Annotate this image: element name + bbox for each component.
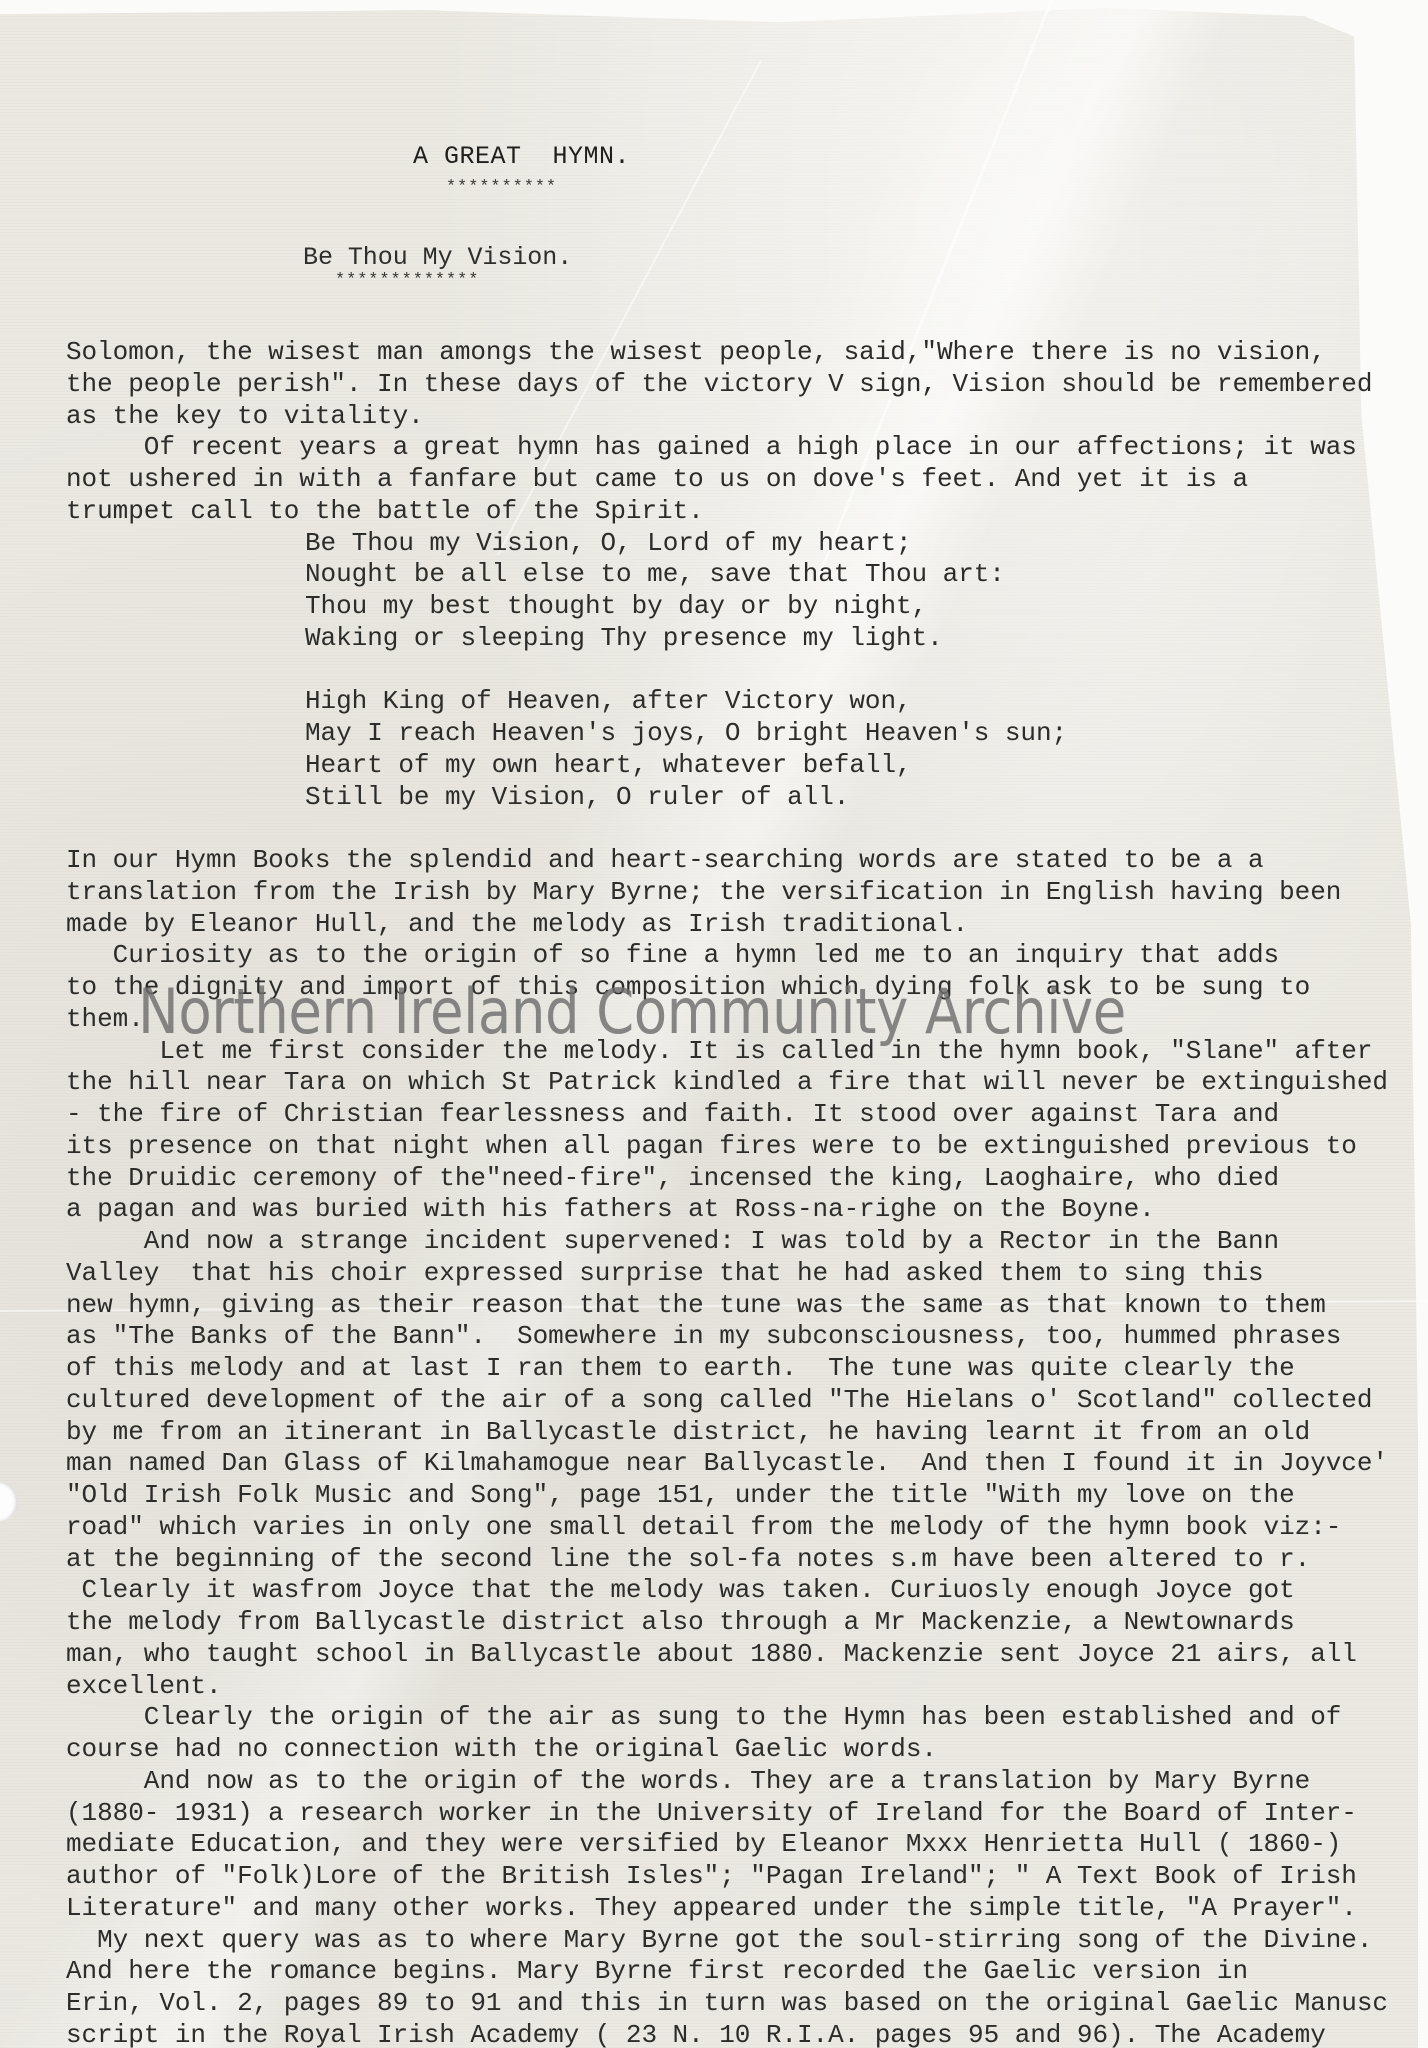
body-text-line: the Druidic ceremony of the"need-fire", … xyxy=(66,1163,1388,1195)
document-subtitle: Be Thou My Vision. xyxy=(303,243,572,272)
body-text-line: translation from the Irish by Mary Byrne… xyxy=(66,877,1388,909)
body-text-line: And here the romance begins. Mary Byrne … xyxy=(66,1956,1388,1988)
body-text-line: as "The Banks of the Bann". Somewhere in… xyxy=(66,1321,1388,1353)
body-text-line: author of "Folk)Lore of the British Isle… xyxy=(66,1861,1388,1893)
body-text-line: the melody from Ballycastle district als… xyxy=(66,1607,1388,1639)
archive-watermark: Northern Ireland Community Archive xyxy=(138,975,1126,1048)
hymn-verse-line: Heart of my own heart, whatever befall, xyxy=(66,750,1388,782)
blank-line xyxy=(66,813,1388,845)
hymn-verse-line: Thou my best thought by day or by night, xyxy=(66,591,1388,623)
body-text-line: And now as to the origin of the words. T… xyxy=(66,1766,1388,1798)
body-text-line: made by Eleanor Hull, and the melody as … xyxy=(66,909,1388,941)
body-text-line: as the key to vitality. xyxy=(66,401,1388,433)
body-text-line: trumpet call to the battle of the Spirit… xyxy=(66,496,1388,528)
body-text-line: Clearly it wasfrom Joyce that the melody… xyxy=(66,1575,1388,1607)
body-text-line: Erin, Vol. 2, pages 89 to 91 and this in… xyxy=(66,1988,1388,2020)
document-title: A GREAT HYMN. xyxy=(413,142,630,171)
body-text-line: new hymn, giving as their reason that th… xyxy=(66,1290,1388,1322)
body-text-line: In our Hymn Books the splendid and heart… xyxy=(66,845,1388,877)
hymn-verse-line: Still be my Vision, O ruler of all. xyxy=(66,782,1388,814)
document-body: Solomon, the wisest man amongs the wises… xyxy=(66,337,1388,2048)
body-text-line: its presence on that night when all paga… xyxy=(66,1131,1388,1163)
body-text-line: Valley that his choir expressed surprise… xyxy=(66,1258,1388,1290)
body-text-line: man, who taught school in Ballycastle ab… xyxy=(66,1639,1388,1671)
body-text-line: Literature" and many other works. They a… xyxy=(66,1893,1388,1925)
body-text-line: excellent. xyxy=(66,1671,1388,1703)
body-text-line: "Old Irish Folk Music and Song", page 15… xyxy=(66,1480,1388,1512)
body-text-line: at the beginning of the second line the … xyxy=(66,1544,1388,1576)
body-text-line: not ushered in with a fanfare but came t… xyxy=(66,464,1388,496)
body-text-line: Curiosity as to the origin of so fine a … xyxy=(66,940,1388,972)
subtitle-asterisk-rule: ************* xyxy=(335,271,479,290)
body-text-line: And now a strange incident supervened: I… xyxy=(66,1226,1388,1258)
body-text-line: by me from an itinerant in Ballycastle d… xyxy=(66,1417,1388,1449)
body-text-line: the people perish". In these days of the… xyxy=(66,369,1388,401)
body-text-line: Clearly the origin of the air as sung to… xyxy=(66,1702,1388,1734)
body-text-line: a pagan and was buried with his fathers … xyxy=(66,1194,1388,1226)
body-text-line: man named Dan Glass of Kilmahamogue near… xyxy=(66,1448,1388,1480)
body-text-line: Solomon, the wisest man amongs the wises… xyxy=(66,337,1388,369)
body-text-line: - the fire of Christian fearlessness and… xyxy=(66,1099,1388,1131)
hymn-verse-line: High King of Heaven, after Victory won, xyxy=(66,686,1388,718)
body-text-line: mediate Education, and they were versifi… xyxy=(66,1829,1388,1861)
hymn-verse-line: Waking or sleeping Thy presence my light… xyxy=(66,623,1388,655)
body-text-line: My next query was as to where Mary Byrne… xyxy=(66,1925,1388,1957)
hymn-verse-line: Nought be all else to me, save that Thou… xyxy=(66,559,1388,591)
body-text-line: script in the Royal Irish Academy ( 23 N… xyxy=(66,2020,1388,2048)
body-text-line: cultured development of the air of a son… xyxy=(66,1385,1388,1417)
body-text-line: of this melody and at last I ran them to… xyxy=(66,1353,1388,1385)
body-text-line: road" which varies in only one small det… xyxy=(66,1512,1388,1544)
title-asterisk-rule: ********** xyxy=(446,178,557,197)
body-text-line: the hill near Tara on which St Patrick k… xyxy=(66,1067,1388,1099)
body-text-line: course had no connection with the origin… xyxy=(66,1734,1388,1766)
body-text-line: Of recent years a great hymn has gained … xyxy=(66,432,1388,464)
hymn-verse-line: May I reach Heaven's joys, O bright Heav… xyxy=(66,718,1388,750)
body-text-line: (1880- 1931) a research worker in the Un… xyxy=(66,1798,1388,1830)
blank-line xyxy=(66,655,1388,687)
hymn-verse-line: Be Thou my Vision, O, Lord of my heart; xyxy=(66,528,1388,560)
